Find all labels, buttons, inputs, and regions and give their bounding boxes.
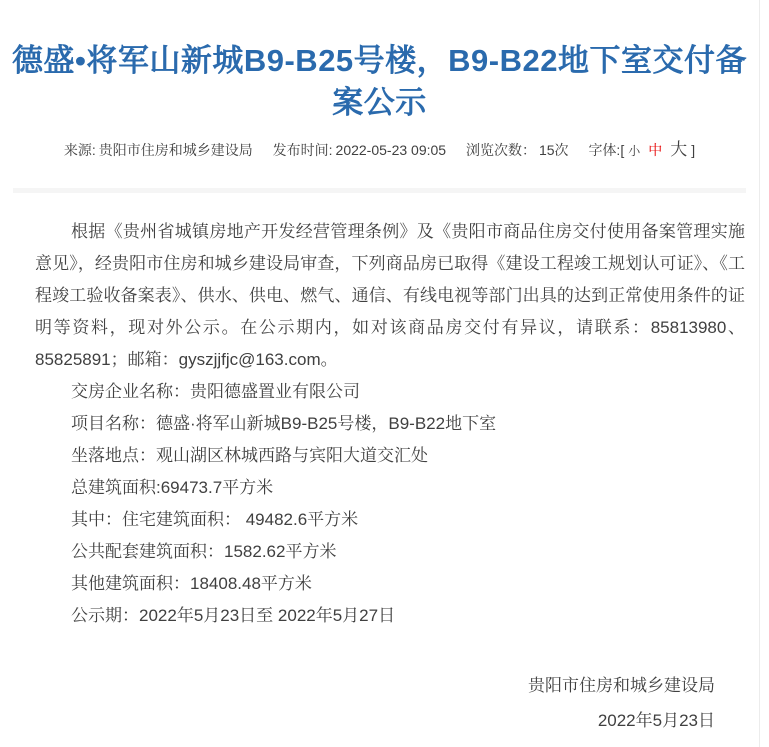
notice-paragraph: 根据《贵州省城镇房地产开发经营管理条例》及《贵阳市商品住房交付使用备案管理实施意… <box>35 216 745 376</box>
meta-bar: 来源:贵阳市住房和城乡建设局 发布时间:2022-05-23 09:05 浏览次… <box>0 140 759 161</box>
announcement-page: 德盛•将军山新城B9-B25号楼，B9-B22地下室交付备案公示 来源:贵阳市住… <box>0 0 760 747</box>
view-count-value: 15次 <box>539 142 569 158</box>
detail-line: 公示期：2022年5月23日至 2022年5月27日 <box>35 600 745 632</box>
font-size-small-button[interactable]: 小 <box>628 144 640 158</box>
detail-line: 项目名称：德盛·将军山新城B9-B25号楼，B9-B22地下室 <box>35 408 745 440</box>
detail-line: 交房企业名称：贵阳德盛置业有限公司 <box>35 376 745 408</box>
detail-line: 其中：住宅建筑面积： 49482.6平方米 <box>35 504 745 536</box>
detail-line: 公共配套建筑面积：1582.62平方米 <box>35 536 745 568</box>
signature-date: 2022年5月23日 <box>35 703 715 738</box>
page-title: 德盛•将军山新城B9-B25号楼，B9-B22地下室交付备案公示 <box>0 0 759 124</box>
meta-publish-time: 发布时间:2022-05-23 09:05 <box>273 142 446 158</box>
font-size-widget: 字体:[小中大] <box>588 142 695 158</box>
signature-organization: 贵阳市住房和城乡建设局 <box>35 668 715 703</box>
view-count-label: 浏览次数： <box>466 142 536 158</box>
detail-line: 坐落地点：观山湖区林城西路与宾阳大道交汇处 <box>35 440 745 472</box>
meta-source: 来源:贵阳市住房和城乡建设局 <box>64 142 253 158</box>
source-value: 贵阳市住房和城乡建设局 <box>99 142 253 158</box>
source-label: 来源: <box>64 142 96 158</box>
detail-line: 其他建筑面积：18408.48平方米 <box>35 568 745 600</box>
detail-lines: 交房企业名称：贵阳德盛置业有限公司项目名称：德盛·将军山新城B9-B25号楼，B… <box>35 376 745 632</box>
meta-view-count: 浏览次数：15次 <box>466 142 569 158</box>
font-size-medium-button[interactable]: 中 <box>648 142 662 158</box>
font-size-widget-label: 字体:[ <box>588 142 624 158</box>
detail-line: 总建筑面积:69473.7平方米 <box>35 472 745 504</box>
font-size-widget-close-bracket: ] <box>691 142 695 158</box>
notice-body: 根据《贵州省城镇房地产开发经营管理条例》及《贵阳市商品住房交付使用备案管理实施意… <box>0 193 759 738</box>
publish-time-value: 2022-05-23 09:05 <box>336 142 447 158</box>
font-size-large-button[interactable]: 大 <box>670 140 687 159</box>
publish-time-label: 发布时间: <box>273 142 333 158</box>
signature-block: 贵阳市住房和城乡建设局 2022年5月23日 <box>35 668 745 738</box>
